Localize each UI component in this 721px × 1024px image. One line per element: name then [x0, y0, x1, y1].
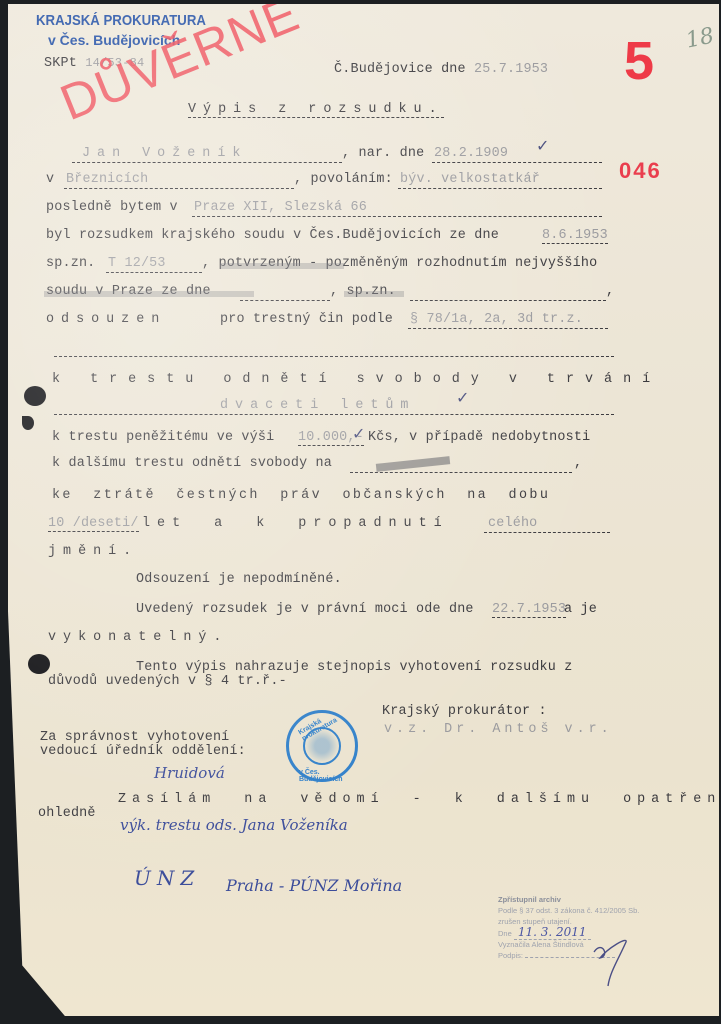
- official-seal: Krajská prokuratura v Čes. Budějovicích: [286, 710, 358, 782]
- handwritten-regarding: výk. trestu ods. Jana Voženíka: [120, 816, 348, 834]
- red-number: 046: [619, 158, 662, 184]
- prison-label: k trestu odnětí svobody v trvání: [52, 372, 661, 387]
- checkmark-icon: ✓: [352, 424, 365, 443]
- rights-value: 10 /deseti/: [48, 516, 139, 532]
- convicted-label: odsouzen: [46, 312, 166, 327]
- punch-hole-tear: [22, 416, 34, 430]
- clerk-signature: Hruidová: [154, 764, 225, 782]
- place-date-label: Č.Budějovice dne: [334, 62, 466, 77]
- checkmark-icon: ✓: [456, 388, 469, 407]
- case-no-label: sp.zn.: [46, 256, 95, 271]
- punch-hole: [24, 386, 46, 406]
- punch-hole: [28, 654, 50, 674]
- forfeiture-label: let a k propadnutí: [142, 516, 449, 531]
- substitute-label: k dalšímu trestu odnětí svobody na: [52, 456, 332, 471]
- handwritten-unz: ÚNZ: [134, 866, 200, 890]
- rights-label: ke ztrátě čestných práv občanských na do…: [52, 488, 550, 503]
- effective-value: 22.7.1953: [492, 602, 566, 618]
- last-residence-label: posledně bytem v: [46, 200, 178, 215]
- sheet-number: 5: [624, 30, 654, 92]
- correctness-line1: Za správnost vyhotovení: [40, 730, 229, 745]
- strike-through: [344, 291, 404, 297]
- archive-date: 11. 3. 2011: [514, 925, 591, 940]
- fine-label: k trestu peněžitému ve výši: [52, 430, 274, 445]
- enforceable-text: vykonatelný.: [48, 630, 228, 645]
- court-line-label: byl rozsudkem krajského soudu v Čes.Budě…: [46, 228, 499, 243]
- regarding-label: ohledně: [38, 806, 96, 821]
- handwritten-destination: Praha - PÚNZ Mořina: [226, 876, 402, 895]
- document-title: Výpis z rozsudku.: [188, 102, 444, 118]
- born-value: 28.2.1909: [434, 146, 508, 161]
- crossed-out-value: [376, 456, 450, 472]
- correctness-line2: vedoucí úředník oddělení:: [40, 744, 246, 759]
- effective-suffix: a je: [564, 602, 597, 617]
- in-label: v: [46, 172, 54, 187]
- case-no-value: T 12/53: [108, 256, 166, 271]
- last-residence-value: Praze XII, Slezská 66: [194, 200, 367, 215]
- place-date-value: 25.7.1953: [474, 62, 548, 77]
- unconditional-text: Odsouzení je nepodmíněné.: [136, 572, 342, 587]
- effective-label: Uvedený rozsudek je v právní moci ode dn…: [136, 602, 474, 617]
- forfeiture-value: celého: [488, 516, 537, 531]
- name-value: Jan Voženík: [82, 146, 247, 161]
- crime-value: § 78/1a, 2a, 3d tr.z.: [410, 312, 583, 327]
- strike-through: [44, 291, 254, 297]
- property-label: jmění.: [48, 544, 138, 559]
- occupation-value: býv. velkostatkář: [400, 172, 540, 187]
- occupation-label: , povoláním:: [294, 172, 393, 187]
- court-date-value: 8.6.1953: [542, 228, 608, 244]
- prosecutor-value: v.z. Dr. Antoš v.r.: [384, 722, 613, 737]
- crime-label: pro trestný čin podle: [220, 312, 393, 327]
- pencil-number: 18: [684, 23, 717, 53]
- strike-through: [220, 263, 344, 269]
- prison-value: dvaceti letům: [220, 398, 415, 413]
- file-ref-label: SKPt: [44, 56, 77, 71]
- birthplace-value: Březnicích: [66, 172, 148, 187]
- sending-label: Zasílám na vědomí - k dalšímu opatření: [118, 792, 721, 807]
- archive-signature-icon: [588, 934, 638, 994]
- replaces-line1: Tento výpis nahrazuje stejnopis vyhotove…: [136, 660, 573, 675]
- place-date: Č.Budějovice dne 25.7.1953: [334, 62, 548, 77]
- replaces-line2: důvodů uvedených v § 4 tr.ř.-: [48, 674, 287, 689]
- prosecutor-label: Krajský prokurátor :: [382, 704, 547, 719]
- checkmark-icon: ✓: [536, 136, 549, 155]
- fine-currency: Kčs, v případě nedobytnosti: [368, 430, 590, 445]
- document-page: KRAJSKÁ PROKURATURA v Čes. Budějovicích …: [8, 4, 719, 1016]
- born-label: , nar. dne: [342, 146, 424, 161]
